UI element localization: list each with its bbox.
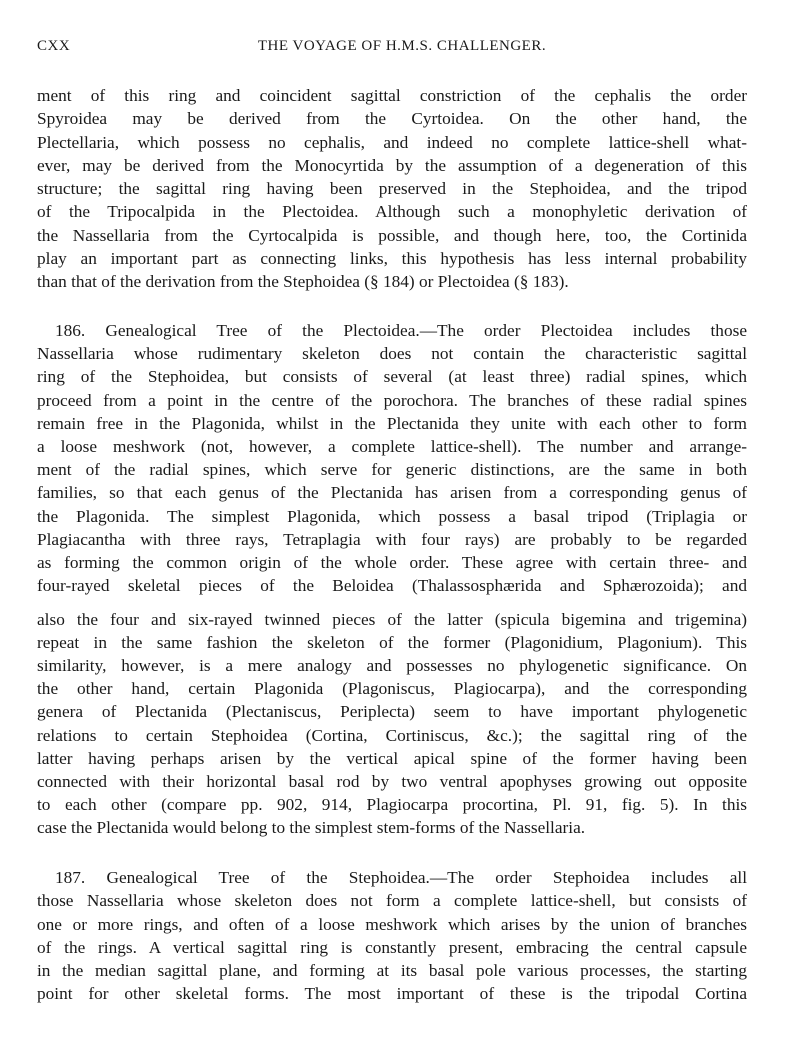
text-line: to each other (compare pp. 902, 914, Pla… — [37, 793, 747, 816]
text-line: relations to certain Stephoidea (Cortina… — [37, 724, 747, 747]
text-line: Plagiacantha with three rays, Tetraplagi… — [37, 528, 747, 551]
text-line: also the four and six-rayed twinned piec… — [37, 608, 747, 631]
document-page: CXX THE VOYAGE OF H.M.S. CHALLENGER. men… — [0, 0, 800, 1050]
section-heading-line: 187. Genealogical Tree of the Stephoidea… — [55, 866, 747, 889]
section-heading-line: 186. Genealogical Tree of the Plectoidea… — [55, 319, 747, 342]
running-title: THE VOYAGE OF H.M.S. CHALLENGER. — [37, 38, 747, 55]
text-line: repeat in the same fashion the skeleton … — [37, 631, 747, 654]
text-line: ment of the radial spines, which serve f… — [37, 458, 747, 481]
text-line: structure; the sagittal ring having been… — [37, 177, 747, 200]
text-line: proceed from a point in the centre of th… — [37, 389, 747, 412]
text-line: the other hand, certain Plagonida (Plago… — [37, 677, 747, 700]
text-line: remain free in the Plagonida, whilst in … — [37, 412, 747, 435]
text-line: latter having perhaps arisen by the vert… — [37, 747, 747, 770]
text-line: ring of the Stephoidea, but consists of … — [37, 365, 747, 388]
text-line: the Nassellaria from the Cyrtocalpida is… — [37, 224, 747, 247]
text-line: genera of Plectanida (Plectaniscus, Peri… — [37, 700, 747, 723]
page-header: CXX THE VOYAGE OF H.M.S. CHALLENGER. — [37, 38, 747, 62]
text-line: the Plagonida. The simplest Plagonida, w… — [37, 505, 747, 528]
text-line: a loose meshwork (not, however, a comple… — [37, 435, 747, 458]
text-line: those Nassellaria whose skeleton does no… — [37, 889, 747, 912]
text-line: Spyroidea may be derived from the Cyrtoi… — [37, 107, 747, 130]
text-line: than that of the derivation from the Ste… — [37, 270, 747, 293]
text-line: as forming the common origin of the whol… — [37, 551, 747, 574]
text-line: play an important part as connecting lin… — [37, 247, 747, 270]
text-line: four-rayed skeletal pieces of the Beloid… — [37, 574, 747, 597]
text-line: similarity, however, is a mere analogy a… — [37, 654, 747, 677]
text-line: ment of this ring and coincident sagitta… — [37, 84, 747, 107]
text-line: of the Tripocalpida in the Plectoidea. A… — [37, 200, 747, 223]
text-line: case the Plectanida would belong to the … — [37, 816, 747, 839]
text-line: of the rings. A vertical sagittal ring i… — [37, 936, 747, 959]
text-line: connected with their horizontal basal ro… — [37, 770, 747, 793]
text-line: one or more rings, and often of a loose … — [37, 913, 747, 936]
text-line: Nassellaria whose rudimentary skeleton d… — [37, 342, 747, 365]
text-line: in the median sagittal plane, and formin… — [37, 959, 747, 982]
text-line: point for other skeletal forms. The most… — [37, 982, 747, 1005]
text-line: ever, may be derived from the Monocyrtid… — [37, 154, 747, 177]
text-line: families, so that each genus of the Plec… — [37, 481, 747, 504]
text-line: Plectellaria, which possess no cephalis,… — [37, 131, 747, 154]
